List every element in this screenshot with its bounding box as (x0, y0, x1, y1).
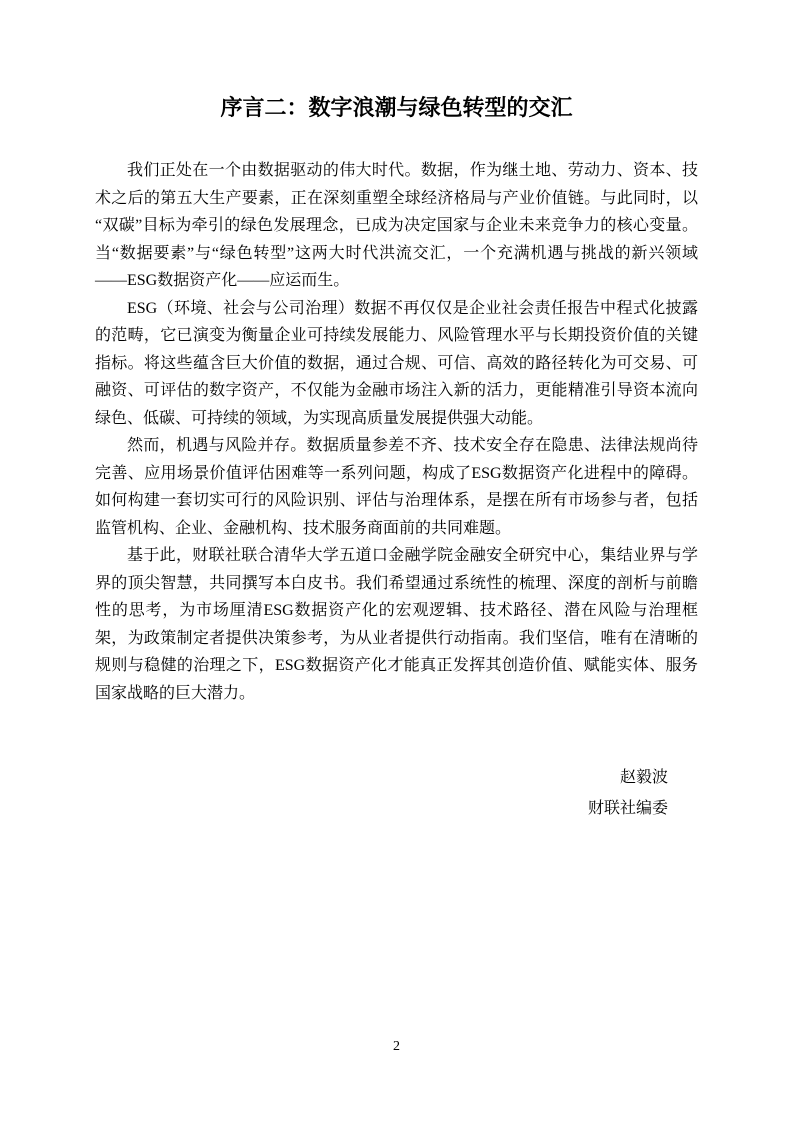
page-number: 2 (0, 1039, 793, 1055)
document-body: 我们正处在一个由数据驱动的伟大时代。数据，作为继土地、劳动力、资本、技术之后的第… (95, 157, 698, 707)
page-title: 序言二：数字浪潮与绿色转型的交汇 (95, 93, 698, 123)
signature-role: 财联社编委 (95, 793, 668, 824)
document-page: 序言二：数字浪潮与绿色转型的交汇 我们正处在一个由数据驱动的伟大时代。数据，作为… (0, 0, 793, 1122)
paragraph-1: 我们正处在一个由数据驱动的伟大时代。数据，作为继土地、劳动力、资本、技术之后的第… (95, 157, 698, 295)
paragraph-4: 基于此，财联社联合清华大学五道口金融学院金融安全研究中心，集结业界与学界的顶尖智… (95, 542, 698, 707)
paragraph-3: 然而，机遇与风险并存。数据质量参差不齐、技术安全存在隐患、法律法规尚待完善、应用… (95, 432, 698, 542)
signature-name: 赵毅波 (95, 762, 668, 793)
paragraph-2: ESG（环境、社会与公司治理）数据不再仅仅是企业社会责任报告中程式化披露的范畴，… (95, 295, 698, 433)
signature-block: 赵毅波 财联社编委 (95, 762, 698, 824)
